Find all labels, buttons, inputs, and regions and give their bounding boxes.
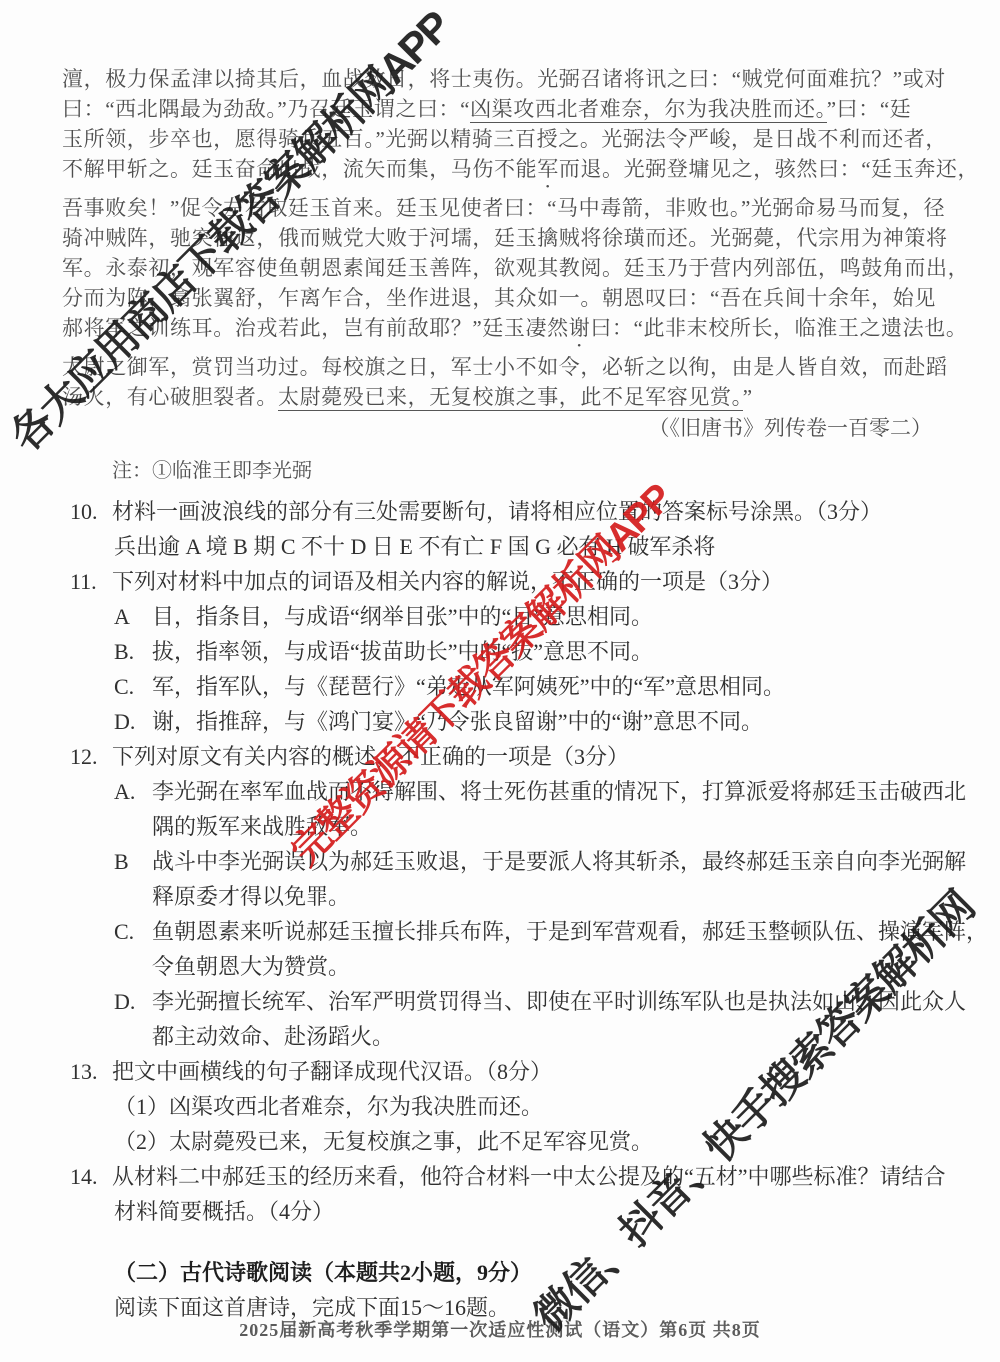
text-segment: 骑冲贼阵，驰突往返，俄而贼党大败于河壖，廷玉擒贼将徐璜而还。光弼薨，代宗用为神策…	[62, 226, 948, 250]
text-segment: 李光弼擅长统军、治军严明赏罚得当、即使在平时训练军队也是执法如山、因此众人	[152, 989, 966, 1014]
text-segment: （1）凶渠攻西北者难奈，尔为我决胜而还。	[114, 1094, 543, 1119]
item-number: B	[114, 844, 152, 879]
option-12-b: B战斗中李光弼误以为郝廷玉败退，于是要派人将其斩杀，最终郝廷玉亲自向李光弼解	[114, 844, 1000, 879]
option-12-c-cont: 令鱼朝恩大为赞赏。	[152, 949, 1000, 984]
section-2-header: （二）古代诗歌阅读（本题共2小题，9分）	[114, 1255, 1000, 1290]
text-segment: 而退。光弼登墉见之，骇然曰：“廷玉奔还，	[559, 157, 979, 181]
dotted-emphasis-text: 军	[537, 157, 559, 181]
text-segment: 材料简要概括。（4分）	[114, 1199, 334, 1224]
text-segment: ”	[743, 385, 753, 409]
text-segment: 把文中画横线的句子翻译成现代汉语。（8分）	[112, 1059, 552, 1084]
question-12: 12.下列对原文有关内容的概述，不正确的一项是（3分）	[70, 739, 1000, 774]
text-segment: 汤火，有心破胆裂者。	[62, 385, 278, 409]
text-segment: 曰：“西北隅最为劲敌。”乃召廷玉谓之曰：“	[62, 97, 470, 121]
question-14-cont: 材料简要概括。（4分）	[114, 1194, 1000, 1229]
passage-line: 郝将军之训练耳。治戎若此，岂有前敌耶？”廷玉凄然谢曰：“此非末校所长，临淮王之遗…	[62, 313, 988, 352]
passage-line: 太尉之御军，赏罚当功过。每校旗之日，军士小不如令，必斩之以徇，由是人皆自效，而赴…	[62, 352, 988, 382]
item-number: 11.	[70, 564, 112, 599]
passage-line: 分而为阵，翕张翼舒，乍离乍合，坐作进退，其众如一。朝恩叹曰：“吾在兵间十余年，始…	[62, 283, 988, 313]
passage-line: 澶，极力保孟津以掎其后，血战数日，将士夷伤。光弼召诸将讯之曰：“贼党何面难抗？”…	[62, 64, 988, 94]
underlined-text: 凶渠攻西北者难奈，尔为我决胜而还。	[470, 97, 827, 123]
item-number: 13.	[70, 1054, 112, 1089]
item-number: 12.	[70, 739, 112, 774]
option-11-b: B.拔，指率领，与成语“拔苗助长”中的“拔”意思不同。	[114, 634, 1000, 669]
question-13-2: （2）太尉薨殁已来，无复校旗之事，此不足军容见赏。	[114, 1124, 1000, 1159]
text-segment: 郝将军之训练耳。治戎若此，岂有前敌耶？”廷玉凄然	[62, 316, 569, 340]
question-11: 11.下列对材料中加点的词语及相关内容的解说，不正确的一项是（3分）	[70, 564, 1000, 599]
text-segment: （二）古代诗歌阅读（本题共2小题，9分）	[114, 1260, 532, 1285]
text-segment: 目，指条目，与成语“纲举目张”中的“目”意思相同。	[152, 604, 653, 629]
text-segment: 吾事败矣！”促令左右取廷玉首来。廷玉见使者曰：“马中毒箭，非败也。”光弼命易马而…	[62, 196, 945, 220]
item-number: D.	[114, 704, 152, 739]
text-segment: 谢，指推辞，与《鸿门宴》“乃令张良留谢”中的“谢”意思不同。	[152, 709, 763, 734]
text-segment: 军，指军队，与《琵琶行》“弟走从军阿姨死”中的“军”意思相同。	[152, 674, 785, 699]
passage-line: 军。永泰初，观军容使鱼朝恩素闻廷玉善阵，欲观其教阅。廷玉乃于营内列部伍，鸣鼓角而…	[62, 253, 988, 283]
footnote: 注：①临淮王即李光弼	[112, 456, 1000, 486]
text-segment: 曰：“此非末校所长，临淮王之遗法也。	[590, 316, 967, 340]
question-14: 14.从材料二中郝廷玉的经历来看，他符合材料一中太公提及的“五材”中哪些标准？请…	[70, 1159, 1000, 1194]
text-segment: 下列对原文有关内容的概述，不正确的一项是（3分）	[112, 744, 629, 769]
text-segment: （2）太尉薨殁已来，无复校旗之事，此不足军容见赏。	[114, 1129, 653, 1154]
text-segment: ”曰：“廷	[827, 97, 912, 121]
text-segment: 太尉之御军，赏罚当功过。每校旗之日，军士小不如令，必斩之以徇，由是人皆自效，而赴…	[62, 355, 948, 379]
text-segment: 不解甲斩之。廷玉奋命出战，流矢而集，马伤不能	[62, 157, 537, 181]
text-segment: 李光弼在率军血战而不得解围、将士死伤甚重的情况下，打算派爱将郝廷玉击破西北	[152, 779, 966, 804]
item-number: B.	[114, 634, 152, 669]
option-11-d: D.谢，指推辞，与《鸿门宴》“乃令张良留谢”中的“谢”意思不同。	[114, 704, 1000, 739]
question-13-1: （1）凶渠攻西北者难奈，尔为我决胜而还。	[114, 1089, 1000, 1124]
option-12-a: A.李光弼在率军血战而不得解围、将士死伤甚重的情况下，打算派爱将郝廷玉击破西北	[114, 774, 1000, 809]
text-segment: 下列对材料中加点的词语及相关内容的解说，不正确的一项是（3分）	[112, 569, 783, 594]
item-number: C.	[114, 914, 152, 949]
passage-line: 骑冲贼阵，驰突往返，俄而贼党大败于河壖，廷玉擒贼将徐璜而还。光弼薨，代宗用为神策…	[62, 223, 988, 253]
dotted-emphasis-text: 谢	[569, 316, 591, 340]
item-number: A.	[114, 774, 152, 809]
text-segment: 都主动效命、赴汤蹈火。	[152, 1024, 394, 1049]
text-segment: 兵出逾 A 境 B 期 C 不十 D 日 E 不有亡 F 国 G 必有 H 破军…	[114, 534, 715, 559]
option-12-b-cont: 释原委才得以免罪。	[152, 879, 1000, 914]
text-segment: 澶，极力保孟津以掎其后，血战数日，将士夷伤。光弼召诸将讯之曰：“贼党何面难抗？”…	[62, 67, 946, 91]
question-13: 13.把文中画横线的句子翻译成现代汉语。（8分）	[70, 1054, 1000, 1089]
text-segment: （《旧唐书》列传卷一百零二）	[649, 416, 933, 440]
exam-content: 澶，极力保孟津以掎其后，血战数日，将士夷伤。光弼召诸将讯之曰：“贼党何面难抗？”…	[0, 64, 1000, 1325]
source-citation: （《旧唐书》列传卷一百零二）	[62, 412, 932, 444]
item-number: C.	[114, 669, 152, 704]
passage-line: 曰：“西北隅最为劲敌。”乃召廷玉谓之曰：“凶渠攻西北者难奈，尔为我决胜而还。”曰…	[62, 94, 988, 124]
passage-line: 不解甲斩之。廷玉奋命出战，流矢而集，马伤不能军而退。光弼登墉见之，骇然曰：“廷玉…	[62, 154, 988, 193]
item-number: D.	[114, 984, 152, 1019]
option-11-c: C.军，指军队，与《琵琶行》“弟走从军阿姨死”中的“军”意思相同。	[114, 669, 1000, 704]
question-10-sentence: 兵出逾 A 境 B 期 C 不十 D 日 E 不有亡 F 国 G 必有 H 破军…	[114, 529, 1000, 564]
passage-line: 汤火，有心破胆裂者。太尉薨殁已来，无复校旗之事，此不足军容见赏。”	[62, 382, 988, 412]
text-segment: 玉所领，步卒也，愿得骑兵五百。”光弼以精骑三百授之。光弼法令严峻，是日战不利而还…	[62, 127, 947, 151]
passage-line: 吾事败矣！”促令左右取廷玉首来。廷玉见使者曰：“马中毒箭，非败也。”光弼命易马而…	[62, 193, 988, 223]
item-number: 14.	[70, 1159, 112, 1194]
question-10: 10.材料一画波浪线的部分有三处需要断句，请将相应位置的答案标号涂黑。（3分）	[70, 494, 1000, 529]
text-segment: 分而为阵，翕张翼舒，乍离乍合，坐作进退，其众如一。朝恩叹曰：“吾在兵间十余年，始…	[62, 286, 936, 310]
option-12-d-cont: 都主动效命、赴汤蹈火。	[152, 1019, 1000, 1054]
text-segment: 注：①临淮王即李光弼	[112, 460, 312, 482]
text-segment: 隅的叛军来战胜敌军。	[152, 814, 372, 839]
text-segment: 令鱼朝恩大为赞赏。	[152, 954, 350, 979]
text-segment: 战斗中李光弼误以为郝廷玉败退，于是要派人将其斩杀，最终郝廷玉亲自向李光弼解	[152, 849, 966, 874]
passage-line: 玉所领，步卒也，愿得骑兵五百。”光弼以精骑三百授之。光弼法令严峻，是日战不利而还…	[62, 124, 988, 154]
text-segment: 释原委才得以免罪。	[152, 884, 350, 909]
text-segment: 拔，指率领，与成语“拔苗助长”中的“拔”意思不同。	[152, 639, 653, 664]
option-12-c: C.鱼朝恩素来听说郝廷玉擅长排兵布阵，于是到军营观看，郝廷玉整顿队伍、操演军阵，	[114, 914, 1000, 949]
item-number: 10.	[70, 494, 112, 529]
item-number: A	[114, 599, 152, 634]
option-11-a: A目，指条目，与成语“纲举目张”中的“目”意思相同。	[114, 599, 1000, 634]
option-12-a-cont: 隅的叛军来战胜敌军。	[152, 809, 1000, 844]
option-12-d: D.李光弼擅长统军、治军严明赏罚得当、即使在平时训练军队也是执法如山、因此众人	[114, 984, 1000, 1019]
text-segment: 材料一画波浪线的部分有三处需要断句，请将相应位置的答案标号涂黑。（3分）	[112, 499, 882, 524]
underlined-text: 太尉薨殁已来，无复校旗之事，此不足军容见赏。	[278, 385, 743, 411]
text-segment: 军。永泰初，观军容使鱼朝恩素闻廷玉善阵，欲观其教阅。廷玉乃于营内列部伍，鸣鼓角而…	[62, 256, 969, 280]
text-segment: 鱼朝恩素来听说郝廷玉擅长排兵布阵，于是到军营观看，郝廷玉整顿队伍、操演军阵，	[152, 919, 988, 944]
text-segment: 从材料二中郝廷玉的经历来看，他符合材料一中太公提及的“五材”中哪些标准？请结合	[112, 1164, 946, 1189]
page-footer: 2025届新高考秋季学期第一次适应性测试（语文）第6页 共8页	[0, 1316, 1000, 1342]
